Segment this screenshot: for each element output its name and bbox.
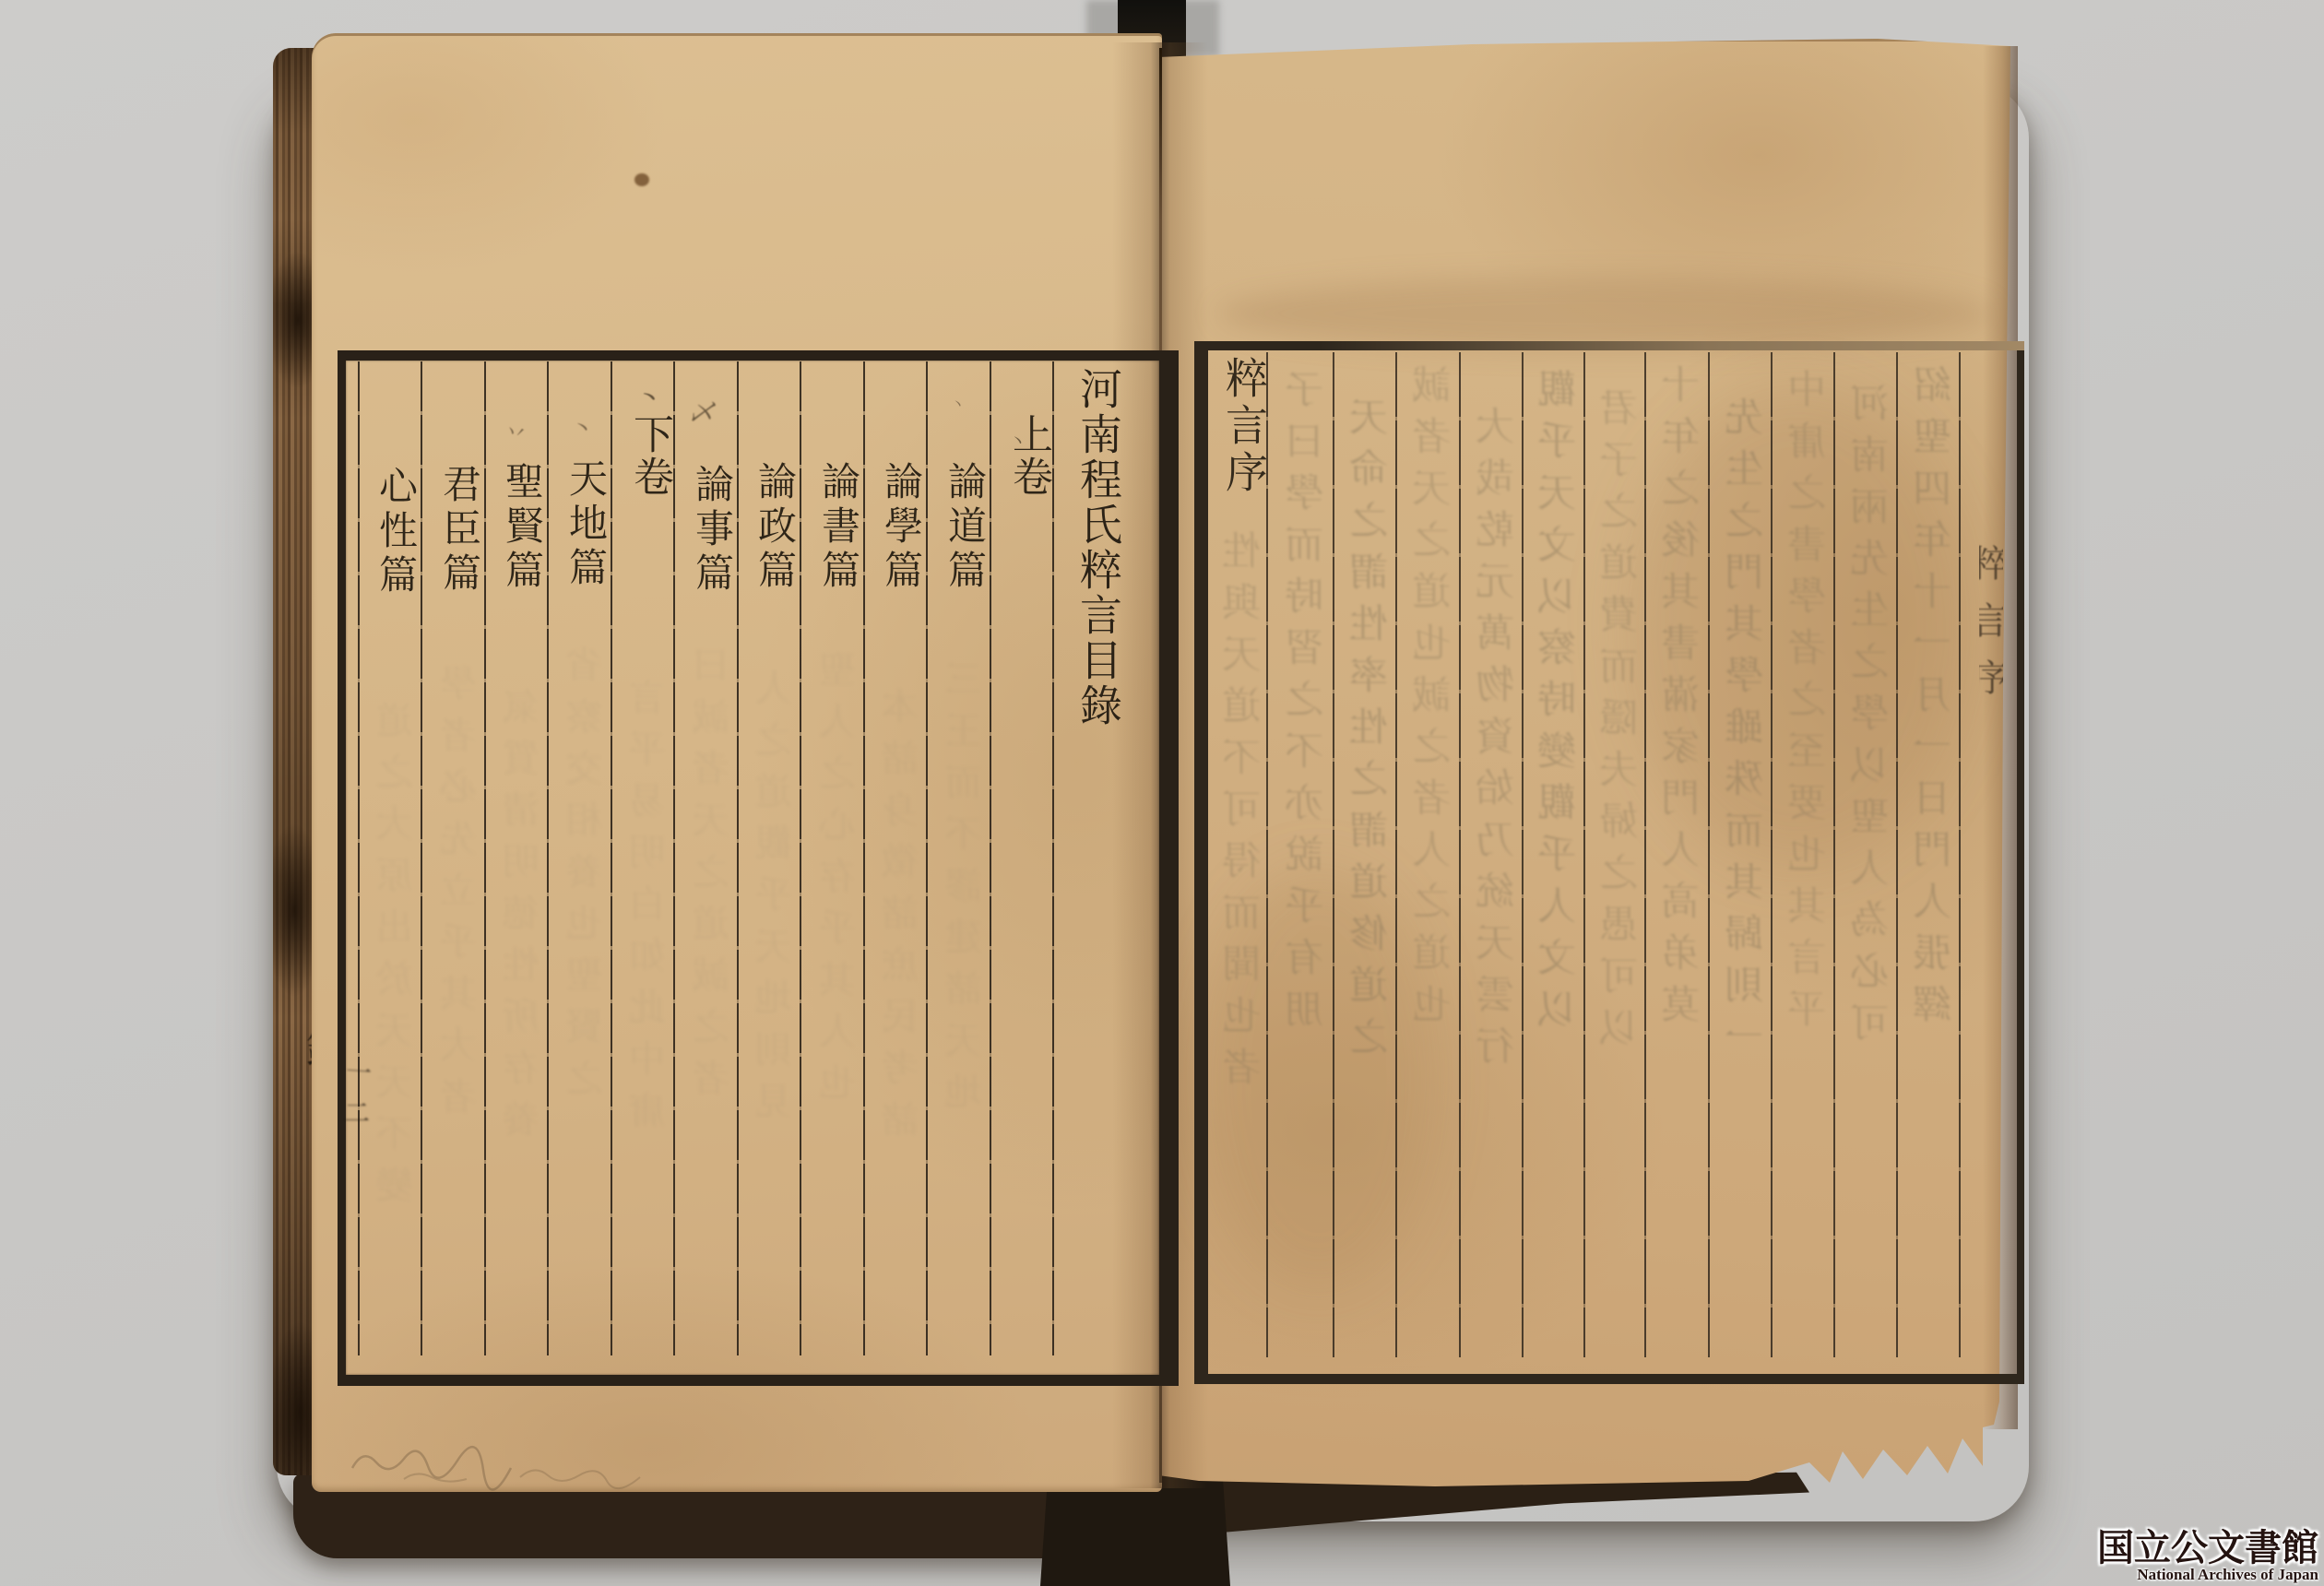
cover-bottom-spine-wedge [1040, 1475, 1230, 1586]
bleedthrough-column: 觀乎天文以察時變觀乎人文以 [1532, 369, 1587, 1040]
bleedthrough-column: 子曰學而時習之不亦說乎有朋 [1279, 369, 1334, 1040]
toc-entry: 下卷 [620, 413, 679, 498]
watermark: 国立公文書館 National Archives of Japan [2097, 1530, 2318, 1584]
toc-entry: 論學篇 [873, 461, 929, 594]
bleedthrough-column-faint: 言平易明白如此中庸 [623, 678, 676, 1142]
bleedthrough-column: 大哉乾元萬物資始乃統天雲行 [1470, 406, 1525, 1077]
toc-entry: 論政篇 [747, 461, 802, 594]
toc-title: 河南程氏粹言目錄 [1068, 367, 1129, 728]
ink-spot [634, 173, 649, 186]
toc-entry: 心性篇 [368, 466, 423, 598]
bleedthrough-column: 君子之道費而隱夫婦之愚可以 [1594, 387, 1649, 1059]
bleedthrough-column-faint: 三王而不謬建諸天地 [940, 659, 992, 1124]
ink-mark-dot: 丶 [1003, 432, 1030, 450]
paper-stain [1217, 277, 1992, 350]
toc-entry: 君臣篇 [432, 464, 487, 597]
column-rule-left-page [1052, 361, 1054, 1355]
watermark-en: National Archives of Japan [2097, 1567, 2318, 1584]
archival-book-scan: 程氏粹言目録 河南程氏粹言目錄 上卷論道篇論學篇論書篇論政篇論事篇下卷天地篇聖賢… [0, 0, 2324, 1586]
folio-number: 二 [337, 1099, 373, 1125]
toc-entry: 天地篇 [558, 458, 613, 591]
bleedthrough-column-faint: 曰誠者天之道誠之者 [687, 645, 740, 1110]
toc-entry: 論書篇 [811, 461, 866, 594]
ink-mark-dot: 丶 [946, 396, 967, 411]
bleedthrough-column-faint: 省察交相養也聖賢之 [561, 645, 613, 1110]
bleedthrough-column-faint: 氣質清明德性所存養 [497, 687, 550, 1152]
preface-header: 粹言序 [1214, 356, 1275, 497]
column-rule-left-page [358, 361, 360, 1355]
bleedthrough-column: 誠者天之道也誠之者人之道也 [1406, 364, 1462, 1036]
fold-title-fragment: 粹言序 [1979, 544, 2003, 716]
bleedthrough-column: 中庸之書學者之至要也其言平 [1782, 369, 1837, 1040]
fold-title-fragment-clip: 粹言序 [1979, 516, 2003, 821]
toc-entry: 上卷 [999, 413, 1058, 498]
toc-entry: 聖賢篇 [494, 461, 550, 594]
bleedthrough-column: 十年之後其書滿家門人高弟莫 [1655, 364, 1711, 1036]
bleedthrough-column: 性與天道不可得而聞也者 [1216, 530, 1272, 1098]
bleedthrough-column-faint: 人之道觀乎天地則見 [750, 669, 802, 1133]
bleedthrough-column-faint: 學者必先立乎其大者 [434, 664, 487, 1129]
pencil-scribble [349, 1437, 533, 1492]
bleedthrough-column-faint: 聖人之心存乎其人也 [813, 650, 866, 1115]
watermark-jp: 国立公文書館 [2097, 1530, 2318, 1567]
bleedthrough-column: 紹聖四年十一月一日門人張繹 [1907, 364, 1962, 1036]
bleedthrough-column: 天命之謂性率性之謂道修道之 [1344, 396, 1399, 1068]
bleedthrough-column-faint: 本諸身徵諸庶民考諸 [876, 687, 929, 1152]
toc-entry: 論道篇 [937, 461, 992, 594]
toc-entry: 論事篇 [684, 464, 740, 597]
bleedthrough-column-faint: 道之大原出於天天不變 [371, 701, 423, 1217]
bleedthrough-column: 河南兩先生之學以聖人為必可 [1844, 383, 1900, 1054]
pencil-scribble [516, 1457, 646, 1494]
ink-mark-tick: 丷 [497, 419, 532, 445]
bleedthrough-column: 先生之門其學雖殊而其歸則一 [1719, 396, 1774, 1068]
